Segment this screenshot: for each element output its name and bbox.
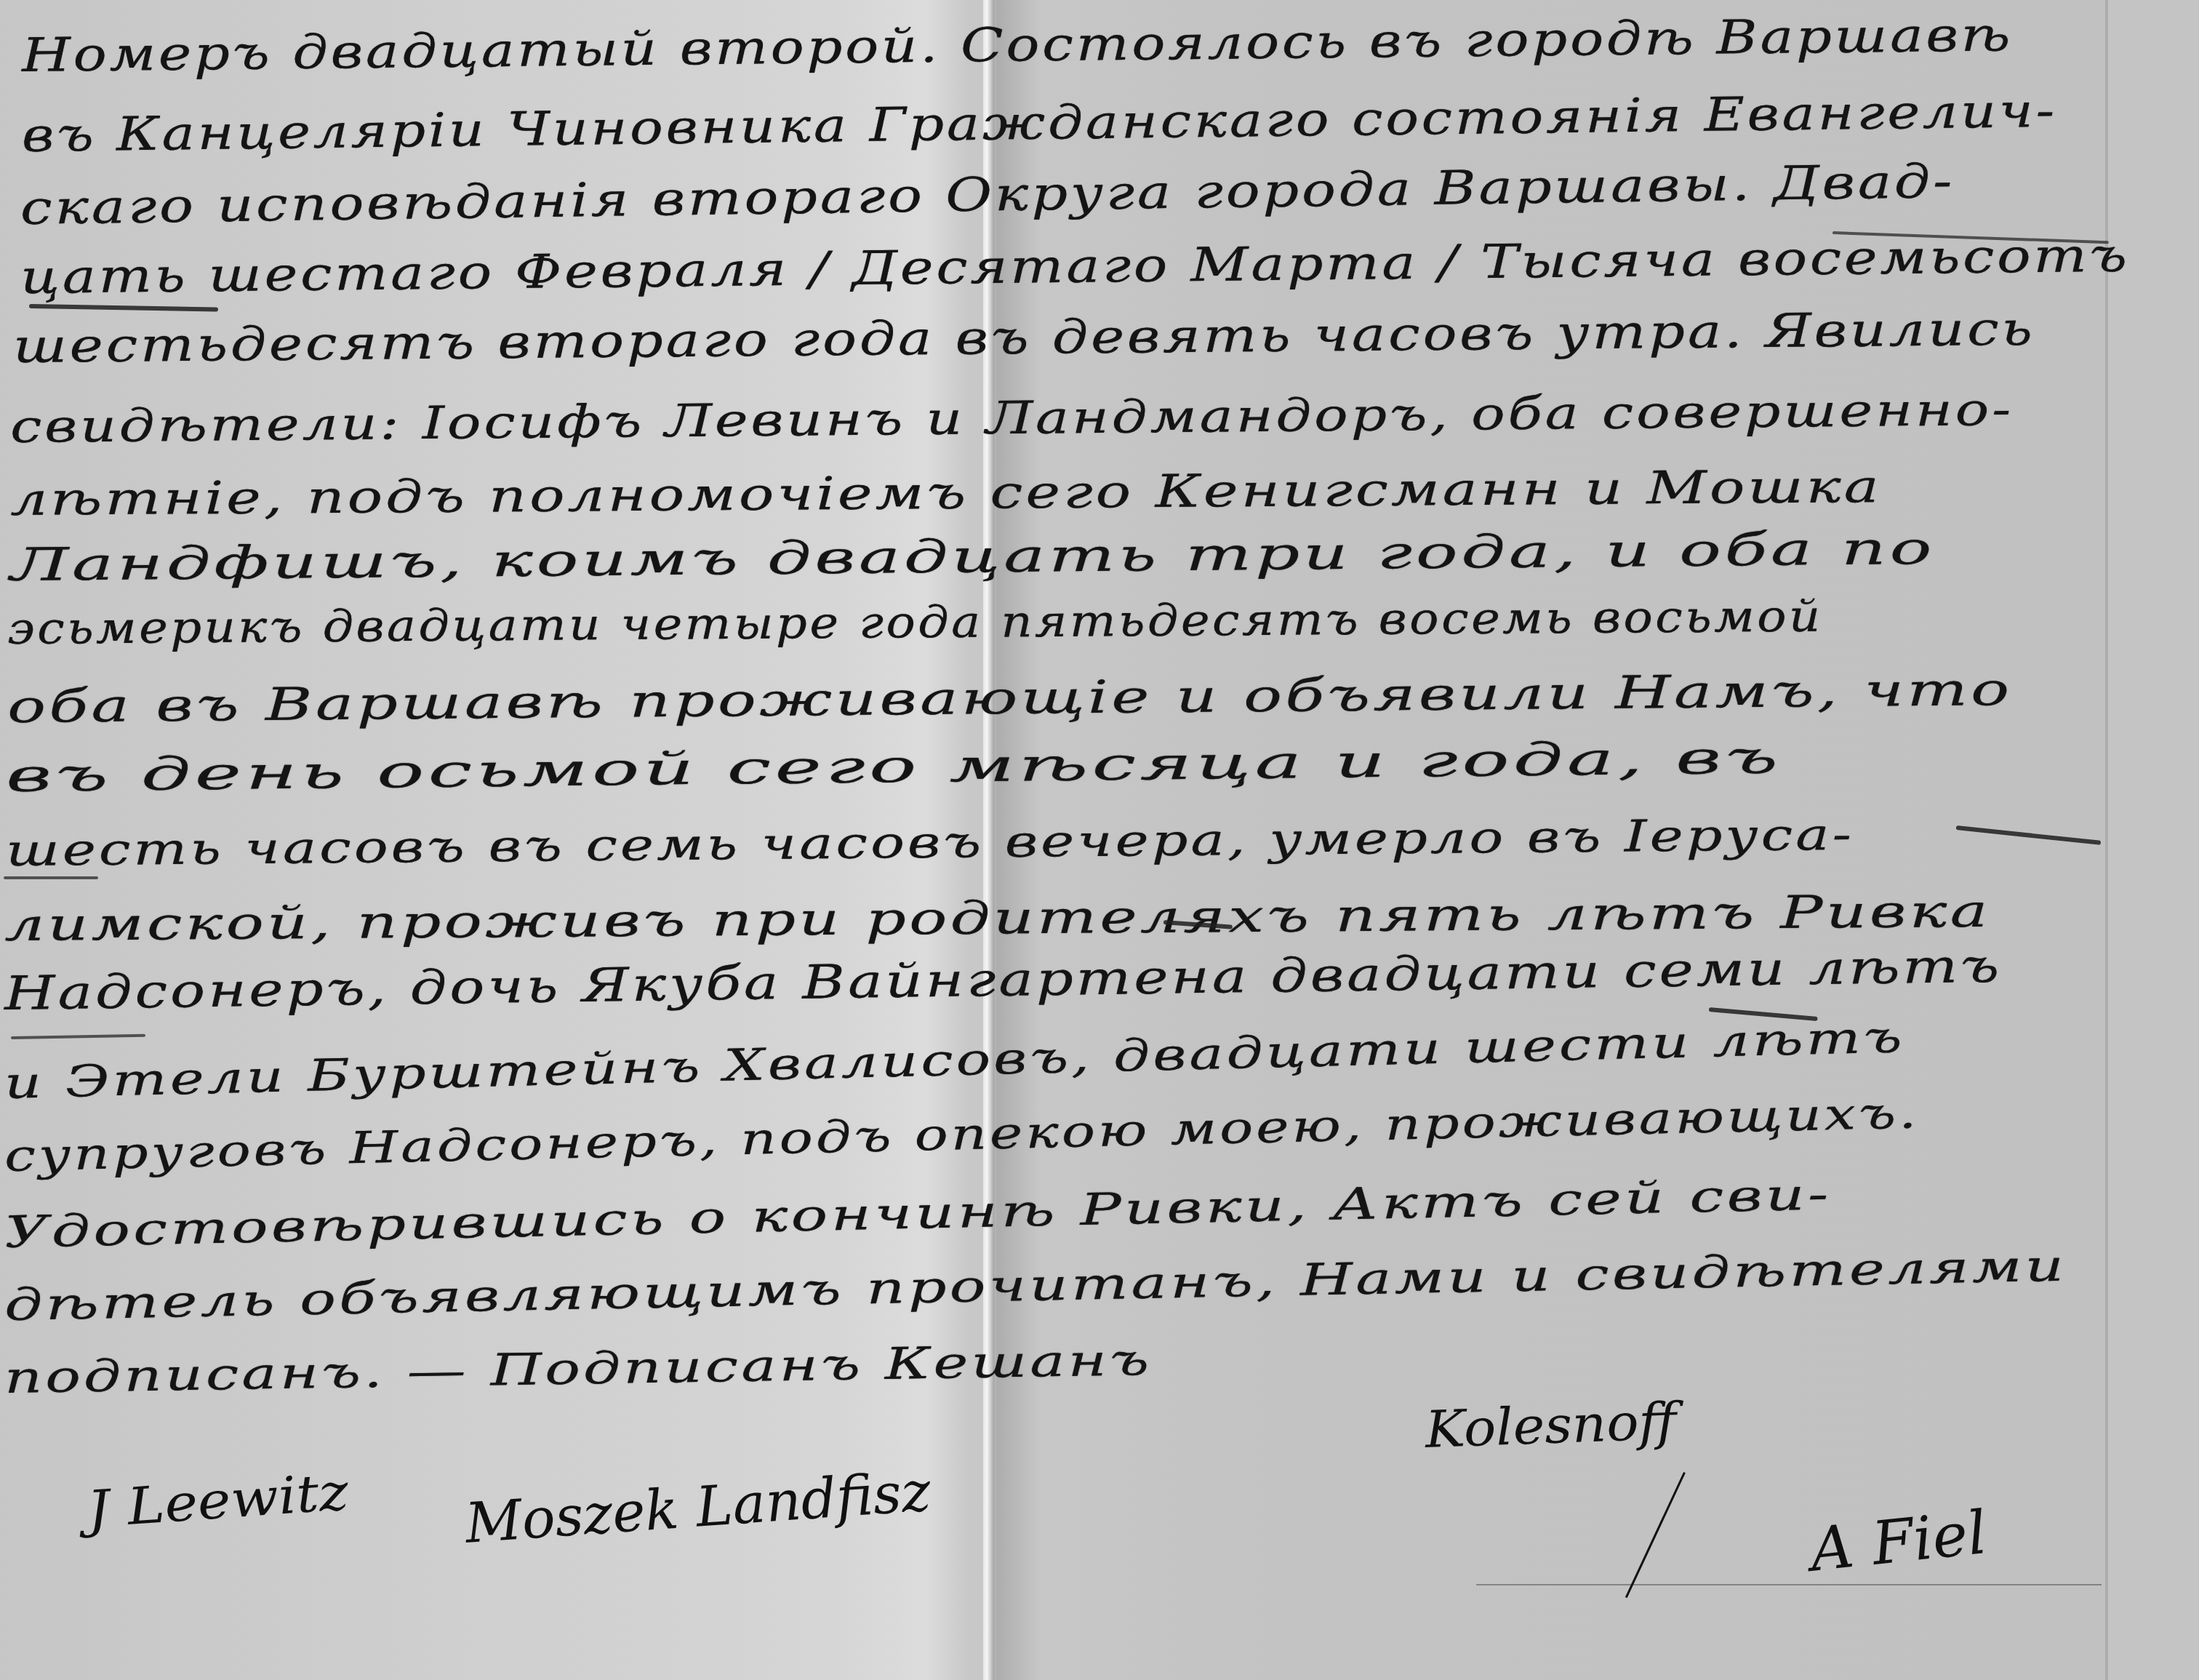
underline-line12-left [4, 876, 98, 879]
signature-official-1: Kolesnoff [1425, 1391, 1678, 1460]
signature-baseline [1476, 1584, 2102, 1585]
